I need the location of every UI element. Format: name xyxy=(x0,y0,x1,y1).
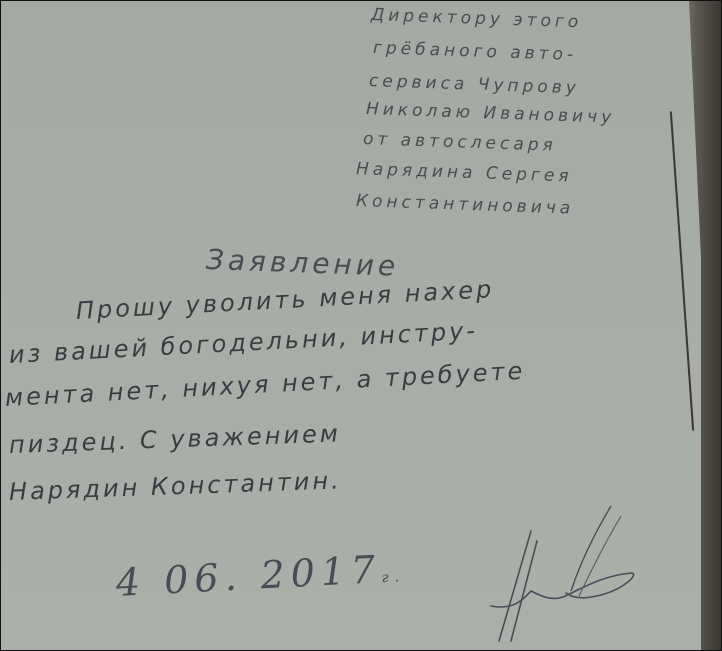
photo-frame: Директору этого грёбаного авто- сервиса … xyxy=(0,0,722,651)
date-suffix: г. xyxy=(381,569,405,586)
signature-icon xyxy=(471,501,651,651)
document-title: Заявление xyxy=(205,243,399,283)
